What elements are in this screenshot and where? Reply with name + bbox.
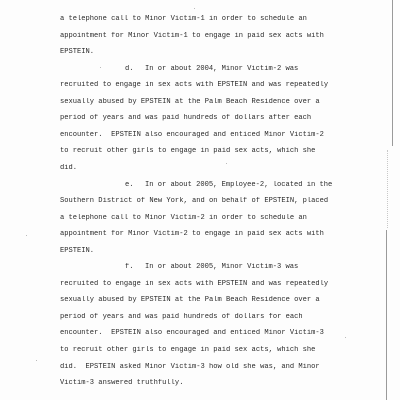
line-text: In or about 2005, Employee-2, located in… [145,181,332,189]
document-line: did. [60,163,77,173]
line-text: period of years and was paid hundreds of… [60,313,303,321]
document-line: did. EPSTEIN asked Minor Victim-3 how ol… [60,362,320,372]
line-text: recruited to engage in sex acts with EPS… [60,81,328,89]
line-text: In or about 2004, Minor Victim-2 was [145,65,298,73]
scan-speck [100,67,101,68]
document-line: EPSTEIN. [60,246,94,256]
document-line: period of years and was paid hundreds of… [60,113,311,123]
line-text: sexually abused by EPSTEIN at the Palm B… [60,98,320,106]
line-text: sexually abused by EPSTEIN at the Palm B… [60,296,320,304]
document-line: to recruit other girls to engage in paid… [60,146,315,156]
line-text: encounter. EPSTEIN also encouraged and e… [60,131,324,139]
document-line: d.In or about 2004, Minor Victim-2 was [125,64,298,74]
line-text: did. [60,164,77,172]
scanned-document-page: a telephone call to Minor Victim-1 in or… [0,0,400,400]
margin-rule-dotted [387,150,389,228]
line-text: recruited to engage in sex acts with EPS… [60,280,328,288]
document-line: EPSTEIN. [60,47,94,57]
line-text: In or about 2005, Minor Victim-3 was [145,263,298,271]
document-line: Victim-3 answered truthfully. [60,378,183,388]
line-text: a telephone call to Minor Victim-2 in or… [60,214,307,222]
document-line: sexually abused by EPSTEIN at the Palm B… [60,295,320,305]
line-text: did. EPSTEIN asked Minor Victim-3 how ol… [60,363,320,371]
document-line: period of years and was paid hundreds of… [60,312,303,322]
document-line: a telephone call to Minor Victim-1 in or… [60,14,307,24]
line-text: to recruit other girls to engage in paid… [60,147,315,155]
document-line: to recruit other girls to engage in paid… [60,345,315,355]
document-line: encounter. EPSTEIN also encouraged and e… [60,328,324,338]
margin-rule-lower [386,230,387,400]
paragraph-marker: f. [125,262,145,272]
line-text: EPSTEIN. [60,48,94,56]
line-text: encounter. EPSTEIN also encouraged and e… [60,329,324,337]
scan-speck [26,235,27,236]
document-line: encounter. EPSTEIN also encouraged and e… [60,130,324,140]
document-line: e.In or about 2005, Employee-2, located … [125,180,332,190]
paragraph-marker: d. [125,64,145,74]
document-line: recruited to engage in sex acts with EPS… [60,80,328,90]
paragraph-marker: e. [125,180,145,190]
document-line: f.In or about 2005, Minor Victim-3 was [125,262,298,272]
document-line: a telephone call to Minor Victim-2 in or… [60,213,307,223]
document-line: sexually abused by EPSTEIN at the Palm B… [60,97,320,107]
document-line: recruited to engage in sex acts with EPS… [60,279,328,289]
document-line: appointment for Minor Victim-2 to engage… [60,229,324,239]
line-text: EPSTEIN. [60,247,94,255]
line-text: a telephone call to Minor Victim-1 in or… [60,15,307,23]
margin-rule-upper [392,0,393,146]
document-line: Southern District of New York, and on be… [60,196,328,206]
line-text: to recruit other girls to engage in paid… [60,346,315,354]
line-text: period of years and was paid hundreds of… [60,114,311,122]
line-text: appointment for Minor Victim-1 to engage… [60,32,324,40]
line-text: appointment for Minor Victim-2 to engage… [60,230,324,238]
line-text: Southern District of New York, and on be… [60,197,328,205]
scan-speck [194,8,195,9]
line-text: Victim-3 answered truthfully. [60,379,183,387]
scan-speck [36,360,37,361]
scan-speck [345,337,346,338]
scan-speck [226,163,227,164]
document-line: appointment for Minor Victim-1 to engage… [60,31,324,41]
